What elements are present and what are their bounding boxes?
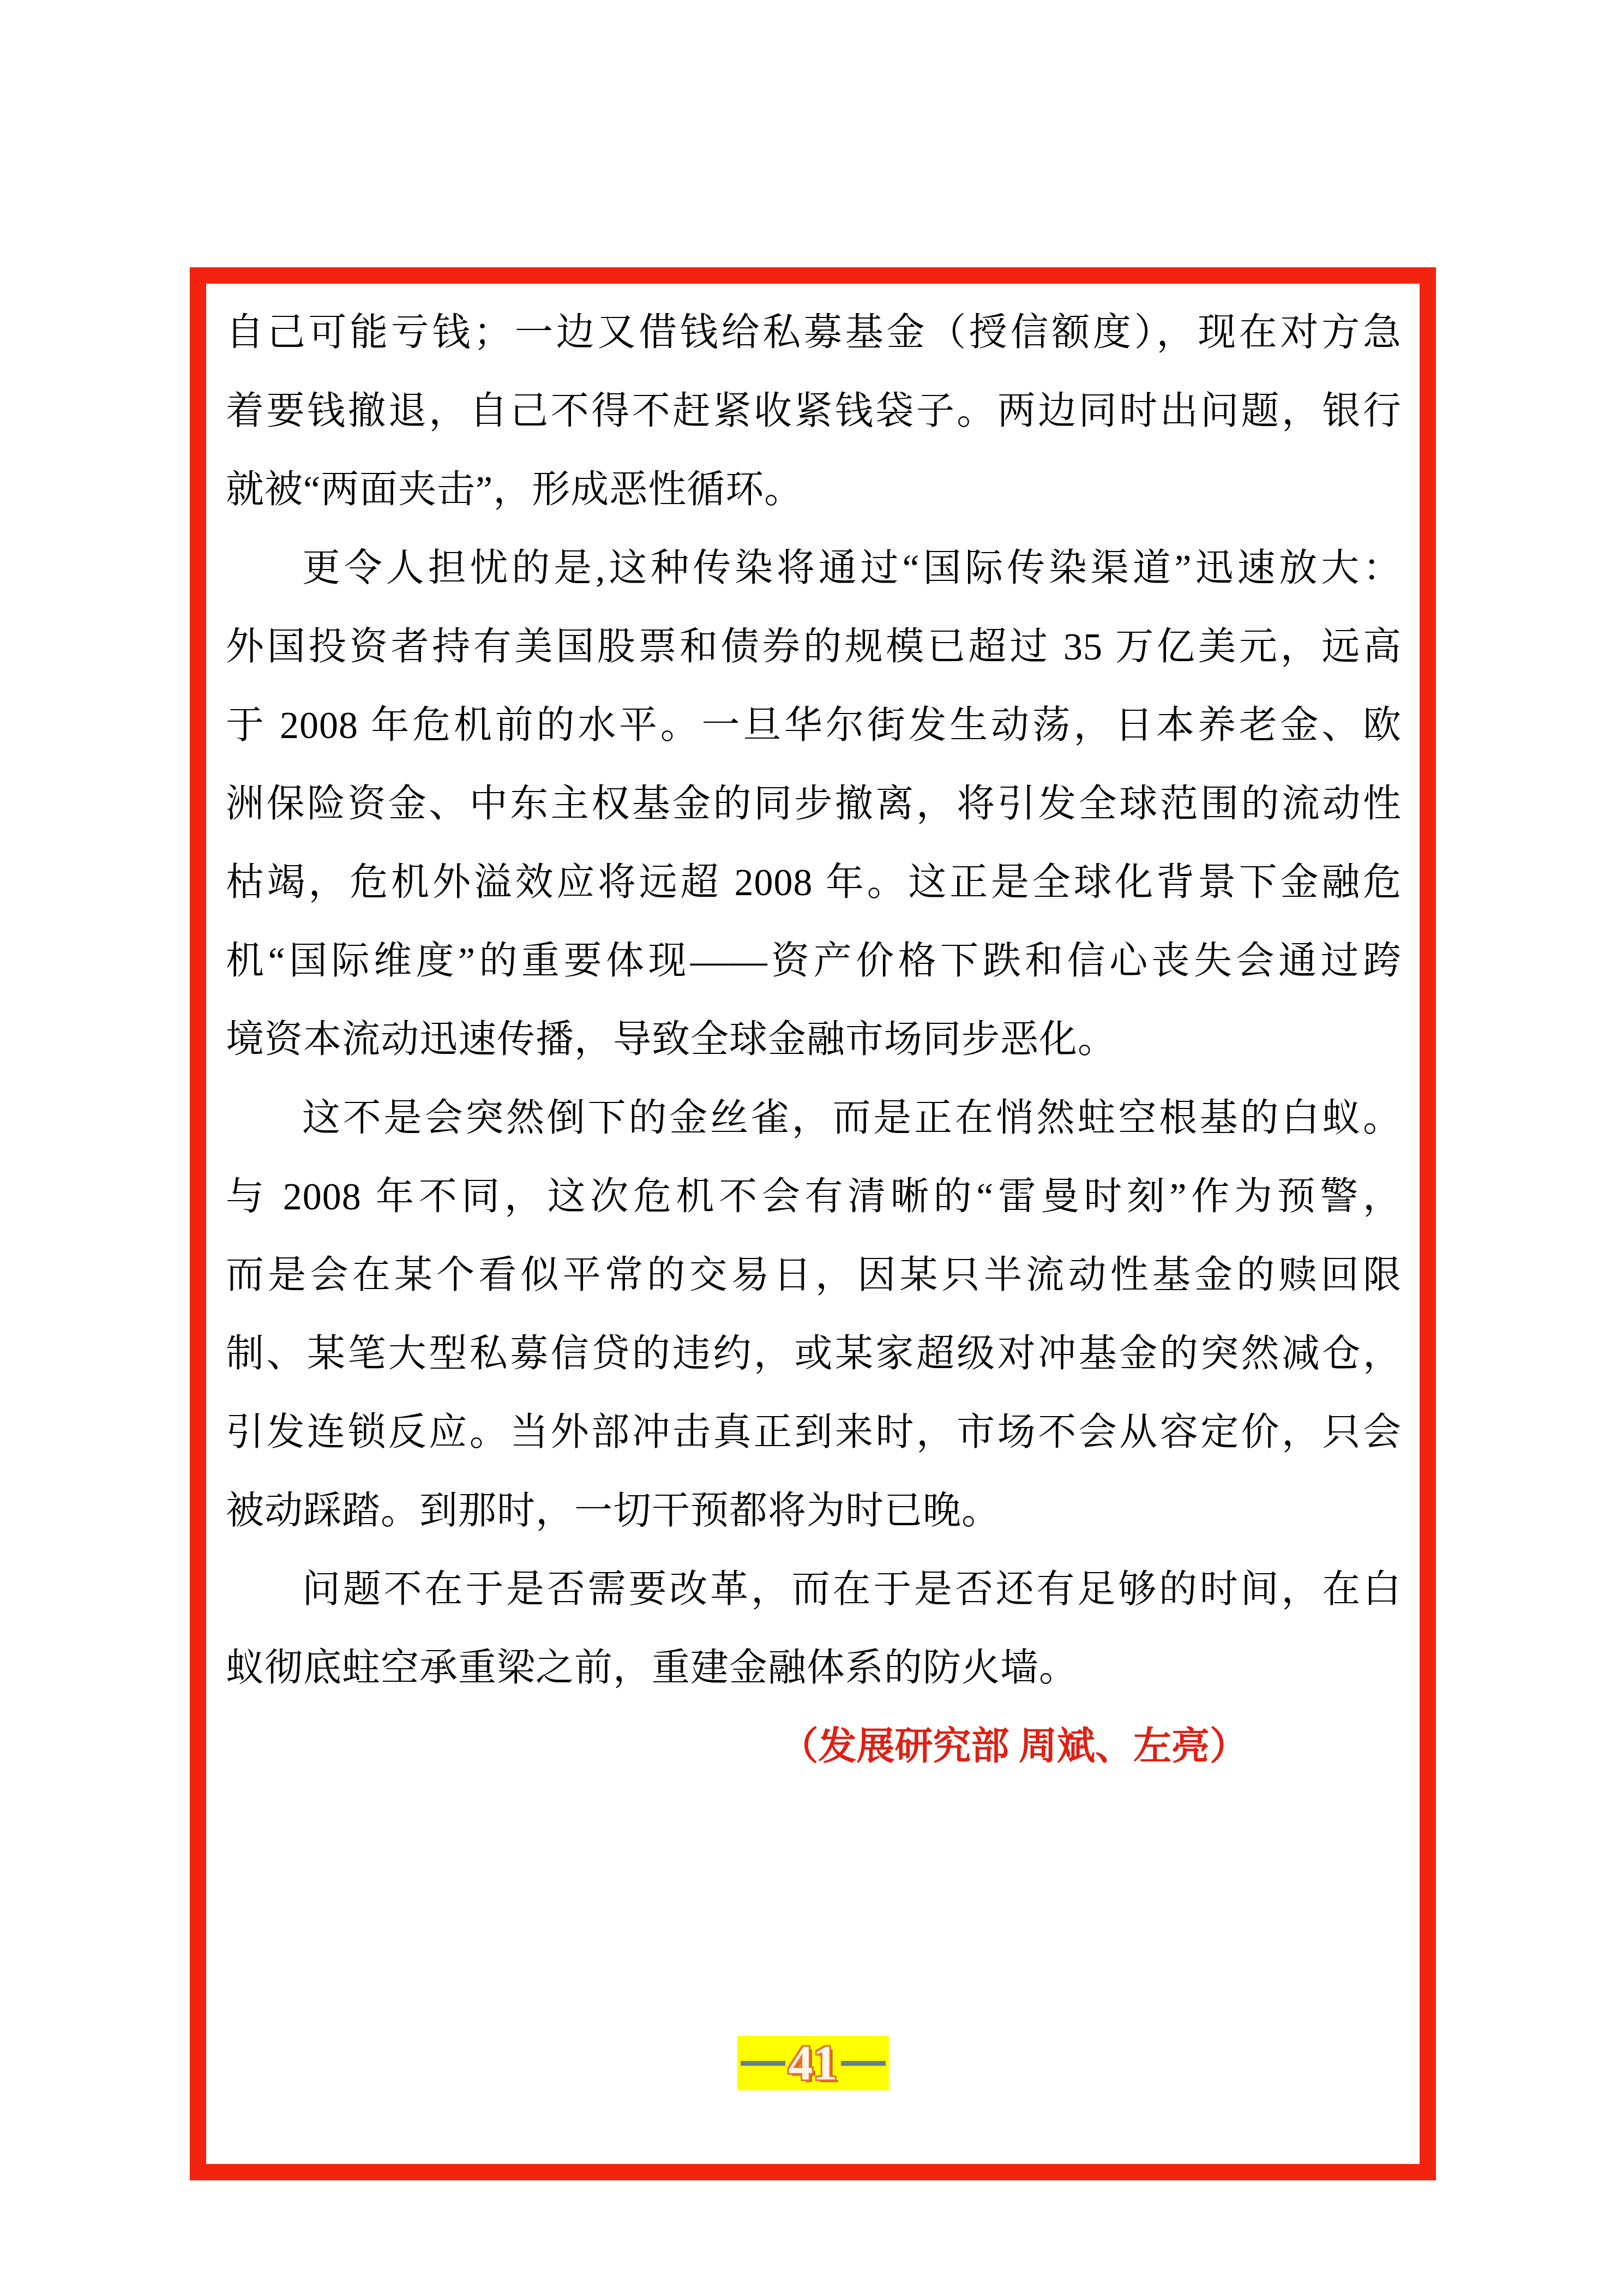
text-line: 外国投资者持有美国股票和债券的规模已超过 35 万亿美元，远高 (226, 608, 1402, 687)
text-line: 制、某笔大型私募信贷的违约，或某家超级对冲基金的突然减仓， (226, 1315, 1402, 1394)
text-line: 境资本流动迅速传播，导致全球金融市场同步恶化。 (226, 1001, 1402, 1080)
page-number: 41 (788, 2035, 839, 2091)
text-line: 洲保险资金、中东主权基金的同步撤离，将引发全球范围的流动性 (226, 765, 1402, 844)
text-line: 枯竭，危机外溢效应将远超 2008 年。这正是全球化背景下金融危 (226, 844, 1402, 922)
page-number-row: 41 (206, 2036, 1420, 2090)
text-line: 更令人担忧的是,这种传染将通过“国际传染渠道”迅速放大： (226, 530, 1402, 608)
text-line: 自己可能亏钱；一边又借钱给私募基金（授信额度），现在对方急 (226, 294, 1402, 373)
red-border-frame: 自己可能亏钱；一边又借钱给私募基金（授信额度），现在对方急着要钱撤退，自己不得不… (190, 267, 1436, 2180)
document-page: { "colors": { "frame_border": "#f22410",… (0, 0, 1623, 2296)
text-line: 引发连锁反应。当外部冲击真正到来时，市场不会从容定价，只会 (226, 1394, 1402, 1472)
text-line: 机“国际维度”的重要体现——资产价格下跌和信心丧失会通过跨 (226, 922, 1402, 1001)
byline-row: （发展研究部 周斌、左亮） (226, 1708, 1402, 1787)
text-line: 这不是会突然倒下的金丝雀，而是正在悄然蛀空根基的白蚁。 (226, 1080, 1402, 1158)
text-line: 被动踩踏。到那时，一切干预都将为时已晚。 (226, 1472, 1402, 1551)
article-body: 自己可能亏钱；一边又借钱给私募基金（授信额度），现在对方急着要钱撤退，自己不得不… (206, 284, 1420, 1787)
footer-right-dash (841, 2061, 886, 2066)
text-line: 就被“两面夹击”，形成恶性循环。 (226, 451, 1402, 530)
body-lines: 自己可能亏钱；一边又借钱给私募基金（授信额度），现在对方急着要钱撤退，自己不得不… (226, 294, 1402, 1708)
footer-left-dash (741, 2061, 785, 2066)
text-line: 与 2008 年不同，这次危机不会有清晰的“雷曼时刻”作为预警， (226, 1158, 1402, 1237)
text-line: 蚁彻底蛀空承重梁之前，重建金融体系的防火墙。 (226, 1629, 1402, 1708)
text-line: 着要钱撤退，自己不得不赶紧收紧钱袋子。两边同时出问题，银行 (226, 373, 1402, 451)
text-line: 而是会在某个看似平常的交易日，因某只半流动性基金的赎回限 (226, 1237, 1402, 1315)
text-line: 于 2008 年危机前的水平。一旦华尔街发生动荡，日本养老金、欧 (226, 687, 1402, 765)
byline-text: （发展研究部 周斌、左亮） (780, 1726, 1248, 1768)
page-number-footer: 41 (206, 2036, 1420, 2090)
text-line: 问题不在于是否需要改革，而在于是否还有足够的时间，在白 (226, 1551, 1402, 1629)
